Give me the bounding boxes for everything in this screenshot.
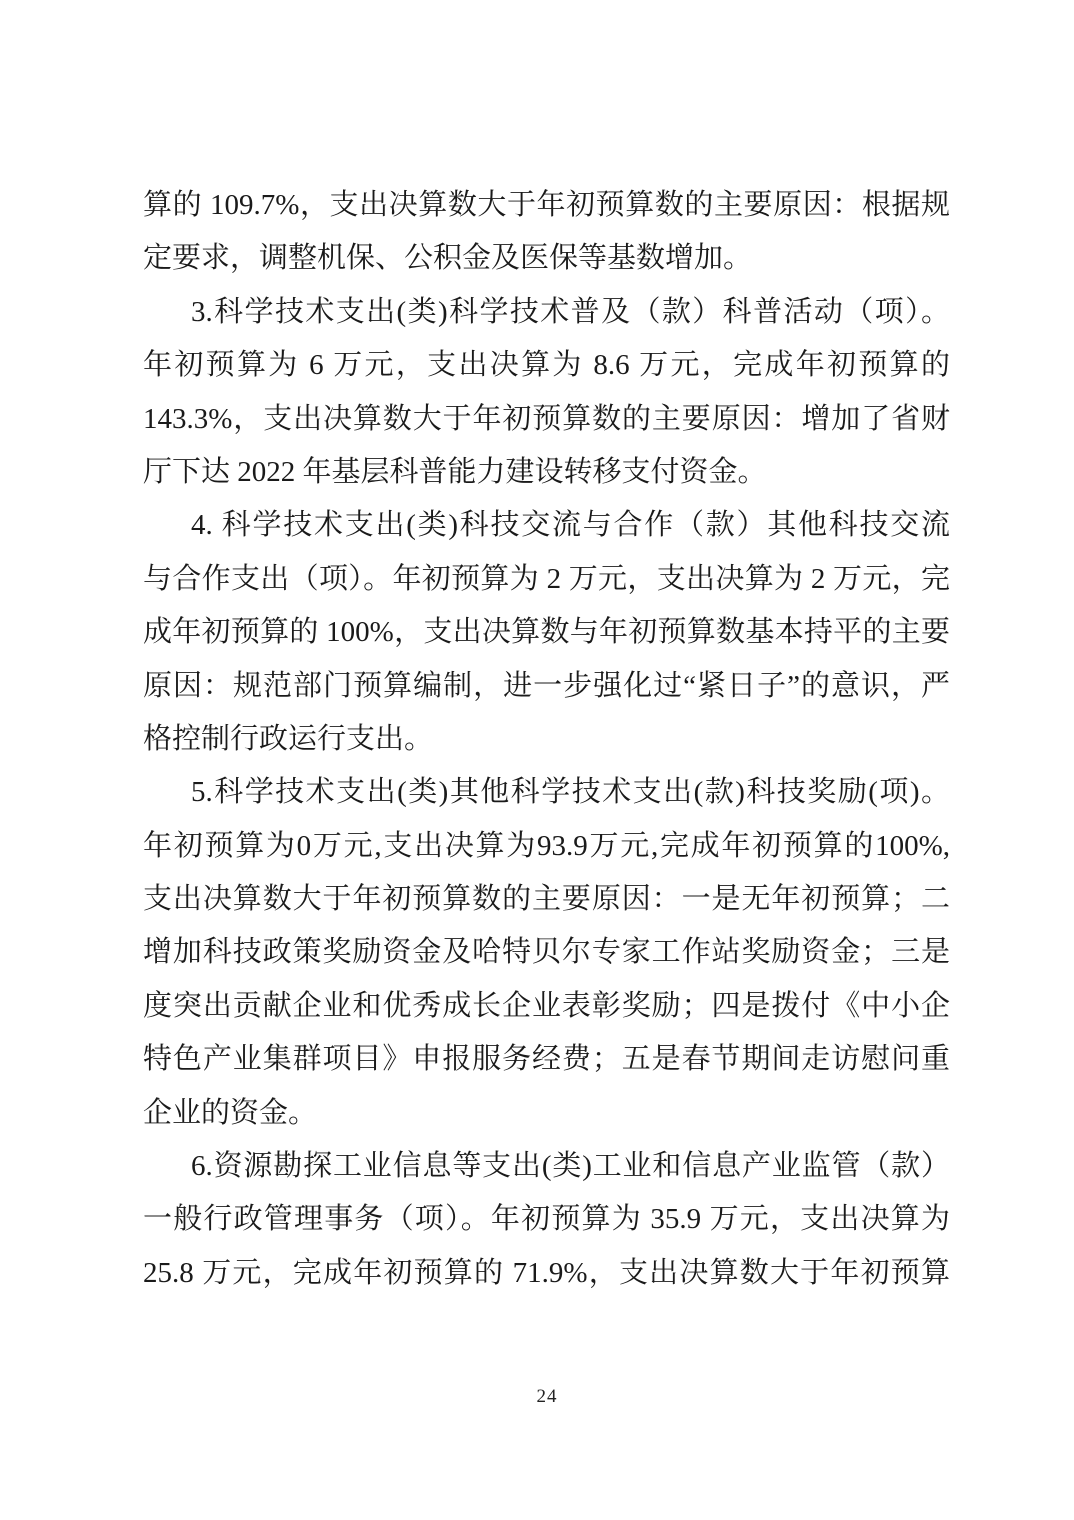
document-body: 算的 109.7%，支出决算数大于年初预算数的主要原因：根据规 定要求，调整机保…	[143, 179, 950, 1300]
text-line: 143.3%，支出决算数大于年初预算数的主要原因：增加了省财政	[143, 393, 950, 446]
text-line: 一般行政管理事务（项）。年初预算为 35.9 万元，支出决算为	[143, 1193, 950, 1246]
page-number: 24	[20, 1386, 1074, 1408]
text-line: 支出决算数大于年初预算数的主要原因：一是无年初预算；二是	[143, 873, 950, 926]
text-line: 增加科技政策奖励资金及哈特贝尔专家工作站奖励资金；三是年	[143, 926, 950, 979]
paragraph: 3.科学技术支出(类)科学技术普及（款）科普活动（项）。 年初预算为 6 万元，…	[143, 286, 950, 500]
paragraph: 6.资源勘探工业信息等支出(类)工业和信息产业监管（款） 一般行政管理事务（项）…	[143, 1140, 950, 1300]
text-line: 5.科学技术支出(类)其他科学技术支出(款)科技奖励(项)。	[143, 766, 950, 819]
text-line: 算的 109.7%，支出决算数大于年初预算数的主要原因：根据规	[143, 179, 950, 232]
text-line: 年初预算为0万元,支出决算为93.9万元,完成年初预算的100%,	[143, 820, 950, 873]
text-line: 6.资源勘探工业信息等支出(类)工业和信息产业监管（款）	[143, 1140, 950, 1193]
text-line: 年初预算为 6 万元，支出决算为 8.6 万元，完成年初预算的	[143, 339, 950, 392]
text-line: 定要求，调整机保、公积金及医保等基数增加。	[143, 232, 950, 285]
text-line: 格控制行政运行支出。	[143, 713, 950, 766]
text-line: 4. 科学技术支出(类)科技交流与合作（款）其他科技交流	[143, 499, 950, 552]
text-line: 特色产业集群项目》申报服务经费；五是春节期间走访慰问重点	[143, 1033, 950, 1086]
paragraph: 5.科学技术支出(类)其他科学技术支出(款)科技奖励(项)。 年初预算为0万元,…	[143, 766, 950, 1140]
text-line: 度突出贡献企业和优秀成长企业表彰奖励；四是拨付《中小企业	[143, 980, 950, 1033]
text-line: 成年初预算的 100%，支出决算数与年初预算数基本持平的主要	[143, 606, 950, 659]
document-page: 算的 109.7%，支出决算数大于年初预算数的主要原因：根据规 定要求，调整机保…	[0, 0, 1074, 1520]
text-line: 3.科学技术支出(类)科学技术普及（款）科普活动（项）。	[143, 286, 950, 339]
text-line: 25.8 万元，完成年初预算的 71.9%，支出决算数大于年初预算数	[143, 1247, 950, 1300]
paragraph: 4. 科学技术支出(类)科技交流与合作（款）其他科技交流 与合作支出（项）。年初…	[143, 499, 950, 766]
text-line: 企业的资金。	[143, 1087, 950, 1140]
text-line: 原因：规范部门预算编制，进一步强化过“紧日子”的意识，严	[143, 660, 950, 713]
text-line: 与合作支出（项）。年初预算为 2 万元，支出决算为 2 万元，完	[143, 553, 950, 606]
text-line: 厅下达 2022 年基层科普能力建设转移支付资金。	[143, 446, 950, 499]
paragraph: 算的 109.7%，支出决算数大于年初预算数的主要原因：根据规 定要求，调整机保…	[143, 179, 950, 286]
